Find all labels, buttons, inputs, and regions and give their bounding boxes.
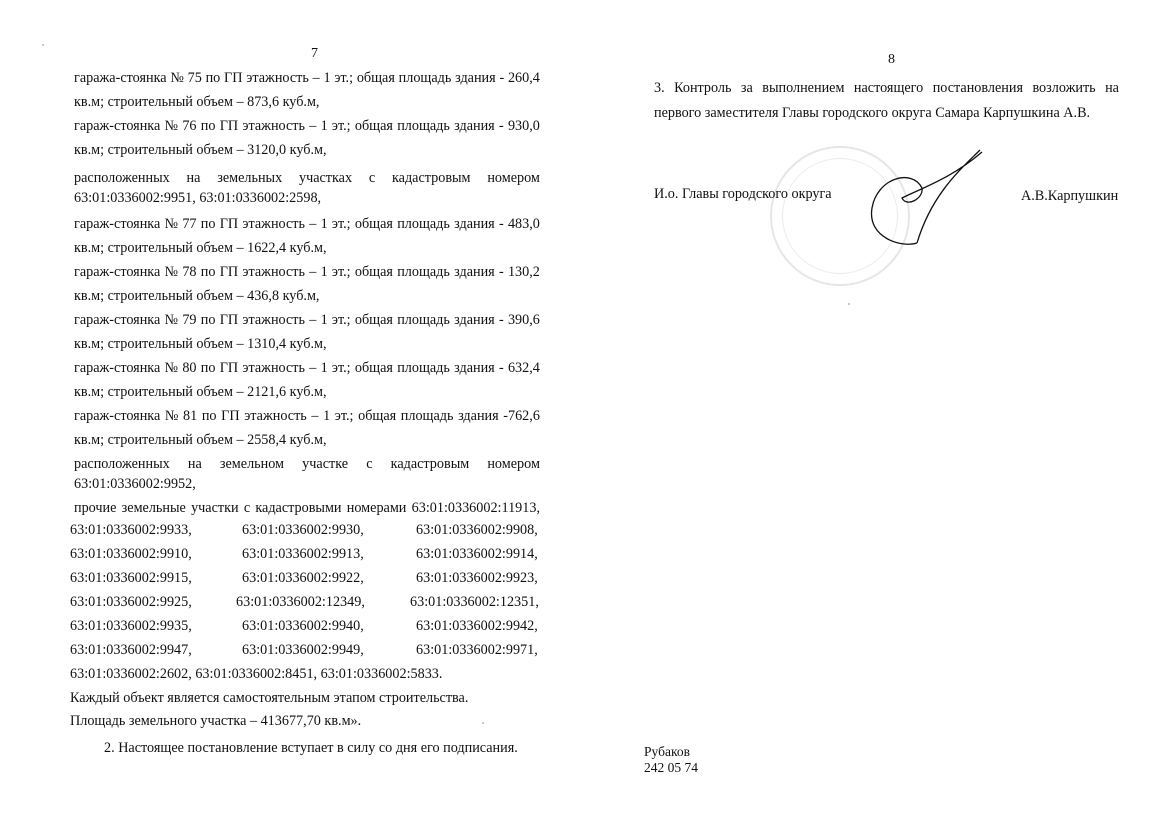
word: площадь (397, 216, 450, 232)
body-line: гараж-стоянка№76поГПэтажность–1эт.;общая… (74, 118, 540, 134)
word: кадастровым (391, 456, 470, 472)
word: 390,6 (508, 312, 540, 328)
word: № (170, 70, 184, 86)
word: 130,2 (508, 264, 540, 280)
word: площадь (397, 264, 450, 280)
word: этажность (246, 70, 309, 86)
word: земельных (217, 170, 282, 186)
word: 76 (182, 118, 196, 134)
clause-3-line-2: первого заместителя Главы городского окр… (654, 105, 1090, 121)
page-number: 7 (311, 46, 318, 62)
word: 632,4 (508, 360, 540, 376)
word: – (309, 216, 316, 232)
word: ГП (220, 264, 238, 280)
body-line: гаража-стоянка№75поГПэтажность–1эт.;обща… (74, 70, 540, 86)
body-line: 63:01:0336002:9952, (74, 476, 196, 492)
word: общая (355, 118, 393, 134)
word: этажность (242, 360, 305, 376)
word: земельном (220, 456, 284, 472)
word: 75 (188, 70, 202, 86)
word: 1 (323, 70, 330, 86)
word: 1 (321, 216, 328, 232)
word: гараж-стоянка (74, 360, 160, 376)
body-line: кв.м; строительный объем – 436,8 куб.м, (74, 288, 319, 304)
word: участки (191, 500, 239, 516)
word: - (499, 360, 504, 376)
cadastral-row: 63:01:0336002:9935,63:01:0336002:9940,63… (70, 618, 540, 634)
word: площадь (397, 360, 450, 376)
word: здания (454, 216, 495, 232)
word: Контроль (674, 80, 731, 96)
word: 1 (321, 264, 328, 280)
word: расположенных (74, 170, 170, 186)
word: на (1105, 80, 1119, 96)
word: 3. (654, 80, 665, 96)
body-line: гараж-стоянка№77поГПэтажность–1эт.;общая… (74, 216, 540, 232)
word: гараж-стоянка (74, 408, 160, 424)
word: общая (358, 408, 396, 424)
word: ГП (221, 408, 239, 424)
body-line: прочиеземельныеучасткискадастровыминомер… (74, 500, 540, 516)
word: постановления (933, 80, 1023, 96)
word: возложить (1032, 80, 1095, 96)
word: этажность (242, 118, 305, 134)
body-line: гараж-стоянка№78поГПэтажность–1эт.;общая… (74, 264, 540, 280)
word: – (309, 312, 316, 328)
cadastral-number: 63:01:0336002:12351, (410, 594, 539, 610)
cadastral-number: 63:01:0336002:9940, (242, 618, 364, 634)
cadastral-row: 63:01:0336002:9933,63:01:0336002:9930,63… (70, 522, 540, 538)
signatory-title: И.о. Главы городского округа (654, 186, 832, 202)
cadastral-number: 63:01:0336002:9908, (416, 522, 538, 538)
word: № (165, 264, 179, 280)
word: – (309, 360, 316, 376)
word: эт.; (334, 70, 353, 86)
word: 1 (321, 118, 328, 134)
word: - (499, 312, 504, 328)
word: номером (487, 170, 540, 186)
cadastral-number: 63:01:0336002:9913, (242, 546, 364, 562)
word: общая (357, 70, 395, 86)
word: 63:01:0336002:11913, (412, 500, 540, 516)
word: эт.; (332, 118, 351, 134)
word: гаража-стоянка (74, 70, 167, 86)
body-line: расположенныхназемельныхучасткахскадастр… (74, 170, 540, 186)
word: 78 (182, 264, 196, 280)
word: общая (355, 360, 393, 376)
page-7: 7 гаража-стоянка№75поГПэтажность–1эт.;об… (0, 0, 584, 832)
body-line: кв.м; строительный объем – 2558,4 куб.м, (74, 432, 327, 448)
body-line: кв.м; строительный объем – 1622,4 куб.м, (74, 240, 327, 256)
word: по (206, 70, 221, 86)
word: - (499, 264, 504, 280)
cadastral-row: 63:01:0336002:9925,63:01:0336002:12349,6… (70, 594, 540, 610)
cadastral-number: 63:01:0336002:9930, (242, 522, 364, 538)
word: гараж-стоянка (74, 264, 160, 280)
word: здания (455, 70, 496, 86)
word: № (165, 408, 179, 424)
word: настоящего (854, 80, 923, 96)
word: – (311, 408, 318, 424)
scan-speck (42, 44, 44, 46)
page-number: 8 (888, 52, 895, 68)
executor-phone: 242 05 74 (644, 760, 698, 776)
body-line: гараж-стоянка№79поГПэтажность–1эт.;общая… (74, 312, 540, 328)
word: с (366, 456, 372, 472)
word: № (165, 360, 179, 376)
body-line: гараж-стоянка№80поГПэтажность–1эт.;общая… (74, 360, 540, 376)
word: - (499, 70, 504, 86)
word: общая (355, 264, 393, 280)
page-8 (584, 0, 1169, 832)
word: по (201, 360, 216, 376)
word: выполнением (762, 80, 844, 96)
word: номерами (347, 500, 407, 516)
word: ГП (220, 118, 238, 134)
word: 1 (321, 360, 328, 376)
word: № (165, 216, 179, 232)
word: с (244, 500, 250, 516)
word: - (499, 118, 504, 134)
word: 77 (182, 216, 196, 232)
word: гараж-стоянка (74, 312, 160, 328)
word: по (201, 118, 216, 134)
word: номером (487, 456, 540, 472)
body-line: гараж-стоянка№81поГПэтажность–1эт.;общая… (74, 408, 540, 424)
cadastral-number: 63:01:0336002:9910, (70, 546, 192, 562)
word: площадь (399, 70, 452, 86)
cadastral-number: 63:01:0336002:9915, (70, 570, 192, 586)
signatory-name: А.В.Карпушкин (1021, 188, 1118, 204)
word: 80 (182, 360, 196, 376)
cadastral-row: 63:01:0336002:9910,63:01:0336002:9913,63… (70, 546, 540, 562)
word: по (201, 264, 216, 280)
word: 260,4 (508, 70, 540, 86)
scan-speck (848, 303, 850, 305)
word: общая (355, 312, 393, 328)
cadastral-number: 63:01:0336002:9942, (416, 618, 538, 634)
word: общая (355, 216, 393, 232)
word: эт.; (335, 408, 354, 424)
body-line: кв.м; строительный объем – 1310,4 куб.м, (74, 336, 327, 352)
scan-speck (482, 722, 484, 724)
word: расположенных (74, 456, 170, 472)
word: гараж-стоянка (74, 118, 160, 134)
word: этажность (242, 264, 305, 280)
word: 1 (321, 312, 328, 328)
cadastral-number: 63:01:0336002:9933, (70, 522, 192, 538)
word: - (499, 216, 504, 232)
cadastral-number: 63:01:0336002:9971, (416, 642, 538, 658)
cadastral-row: 63:01:0336002:9947,63:01:0336002:9949,63… (70, 642, 540, 658)
body-line: кв.м; строительный объем – 3120,0 куб.м, (74, 142, 327, 158)
word: здания (454, 360, 495, 376)
word: на (188, 456, 202, 472)
word: кадастровым (392, 170, 471, 186)
cadastral-row: 63:01:0336002:9915,63:01:0336002:9922,63… (70, 570, 540, 586)
clause-2: 2. Настоящее постановление вступает в си… (104, 740, 518, 756)
word: земельные (122, 500, 186, 516)
word: за (741, 80, 753, 96)
word: – (309, 118, 316, 134)
word: эт.; (332, 312, 351, 328)
word: – (313, 70, 320, 86)
word: -762,6 (503, 408, 540, 424)
word: эт.; (332, 264, 351, 280)
word: гараж-стоянка (74, 216, 160, 232)
land-area-note: Площадь земельного участка – 413677,70 к… (70, 713, 361, 729)
word: площадь (401, 408, 454, 424)
word: участке (302, 456, 348, 472)
stage-note: Каждый объект является самостоятельным э… (70, 690, 468, 706)
word: ГП (220, 360, 238, 376)
cadastral-number: 63:01:0336002:9947, (70, 642, 192, 658)
word: 1 (323, 408, 330, 424)
word: здания (458, 408, 499, 424)
executor-name: Рубаков (644, 744, 690, 760)
body-line: расположенныхназемельномучасткескадастро… (74, 456, 540, 472)
cadastral-number: 63:01:0336002:12349, (236, 594, 365, 610)
word: участках (299, 170, 352, 186)
word: с (369, 170, 375, 186)
body-line: 63:01:0336002:9951, 63:01:0336002:2598, (74, 190, 321, 206)
word: 79 (182, 312, 196, 328)
word: кадастровыми (255, 500, 341, 516)
word: ГП (224, 70, 242, 86)
word: этажность (244, 408, 307, 424)
word: № (165, 312, 179, 328)
word: здания (454, 264, 495, 280)
word: 483,0 (508, 216, 540, 232)
body-line: кв.м; строительный объем – 2121,6 куб.м, (74, 384, 327, 400)
cadastral-number: 63:01:0336002:9949, (242, 642, 364, 658)
clause-3-line-1: 3.Контрользавыполнениемнастоящегопостано… (654, 80, 1119, 96)
word: 930,0 (508, 118, 540, 134)
cadastral-number: 63:01:0336002:9923, (416, 570, 538, 586)
word: эт.; (332, 360, 351, 376)
body-line: кв.м; строительный объем – 873,6 куб.м, (74, 94, 319, 110)
cadastral-number: 63:01:0336002:9935, (70, 618, 192, 634)
word: – (309, 264, 316, 280)
word: ГП (220, 216, 238, 232)
word: № (165, 118, 179, 134)
word: площадь (397, 118, 450, 134)
word: по (201, 216, 216, 232)
cadastral-number: 63:01:0336002:9925, (70, 594, 192, 610)
word: этажность (242, 312, 305, 328)
word: 81 (183, 408, 197, 424)
word: на (187, 170, 201, 186)
word: этажность (242, 216, 305, 232)
cadastral-number: 63:01:0336002:9922, (242, 570, 364, 586)
word: прочие (74, 500, 116, 516)
signature-icon (862, 148, 987, 248)
cadastral-tail-line: 63:01:0336002:2602, 63:01:0336002:8451, … (70, 666, 442, 682)
word: ГП (220, 312, 238, 328)
word: эт.; (332, 216, 351, 232)
word: площадь (397, 312, 450, 328)
word: здания (454, 118, 495, 134)
cadastral-number: 63:01:0336002:9914, (416, 546, 538, 562)
word: здания (454, 312, 495, 328)
word: по (201, 312, 216, 328)
word: по (202, 408, 217, 424)
